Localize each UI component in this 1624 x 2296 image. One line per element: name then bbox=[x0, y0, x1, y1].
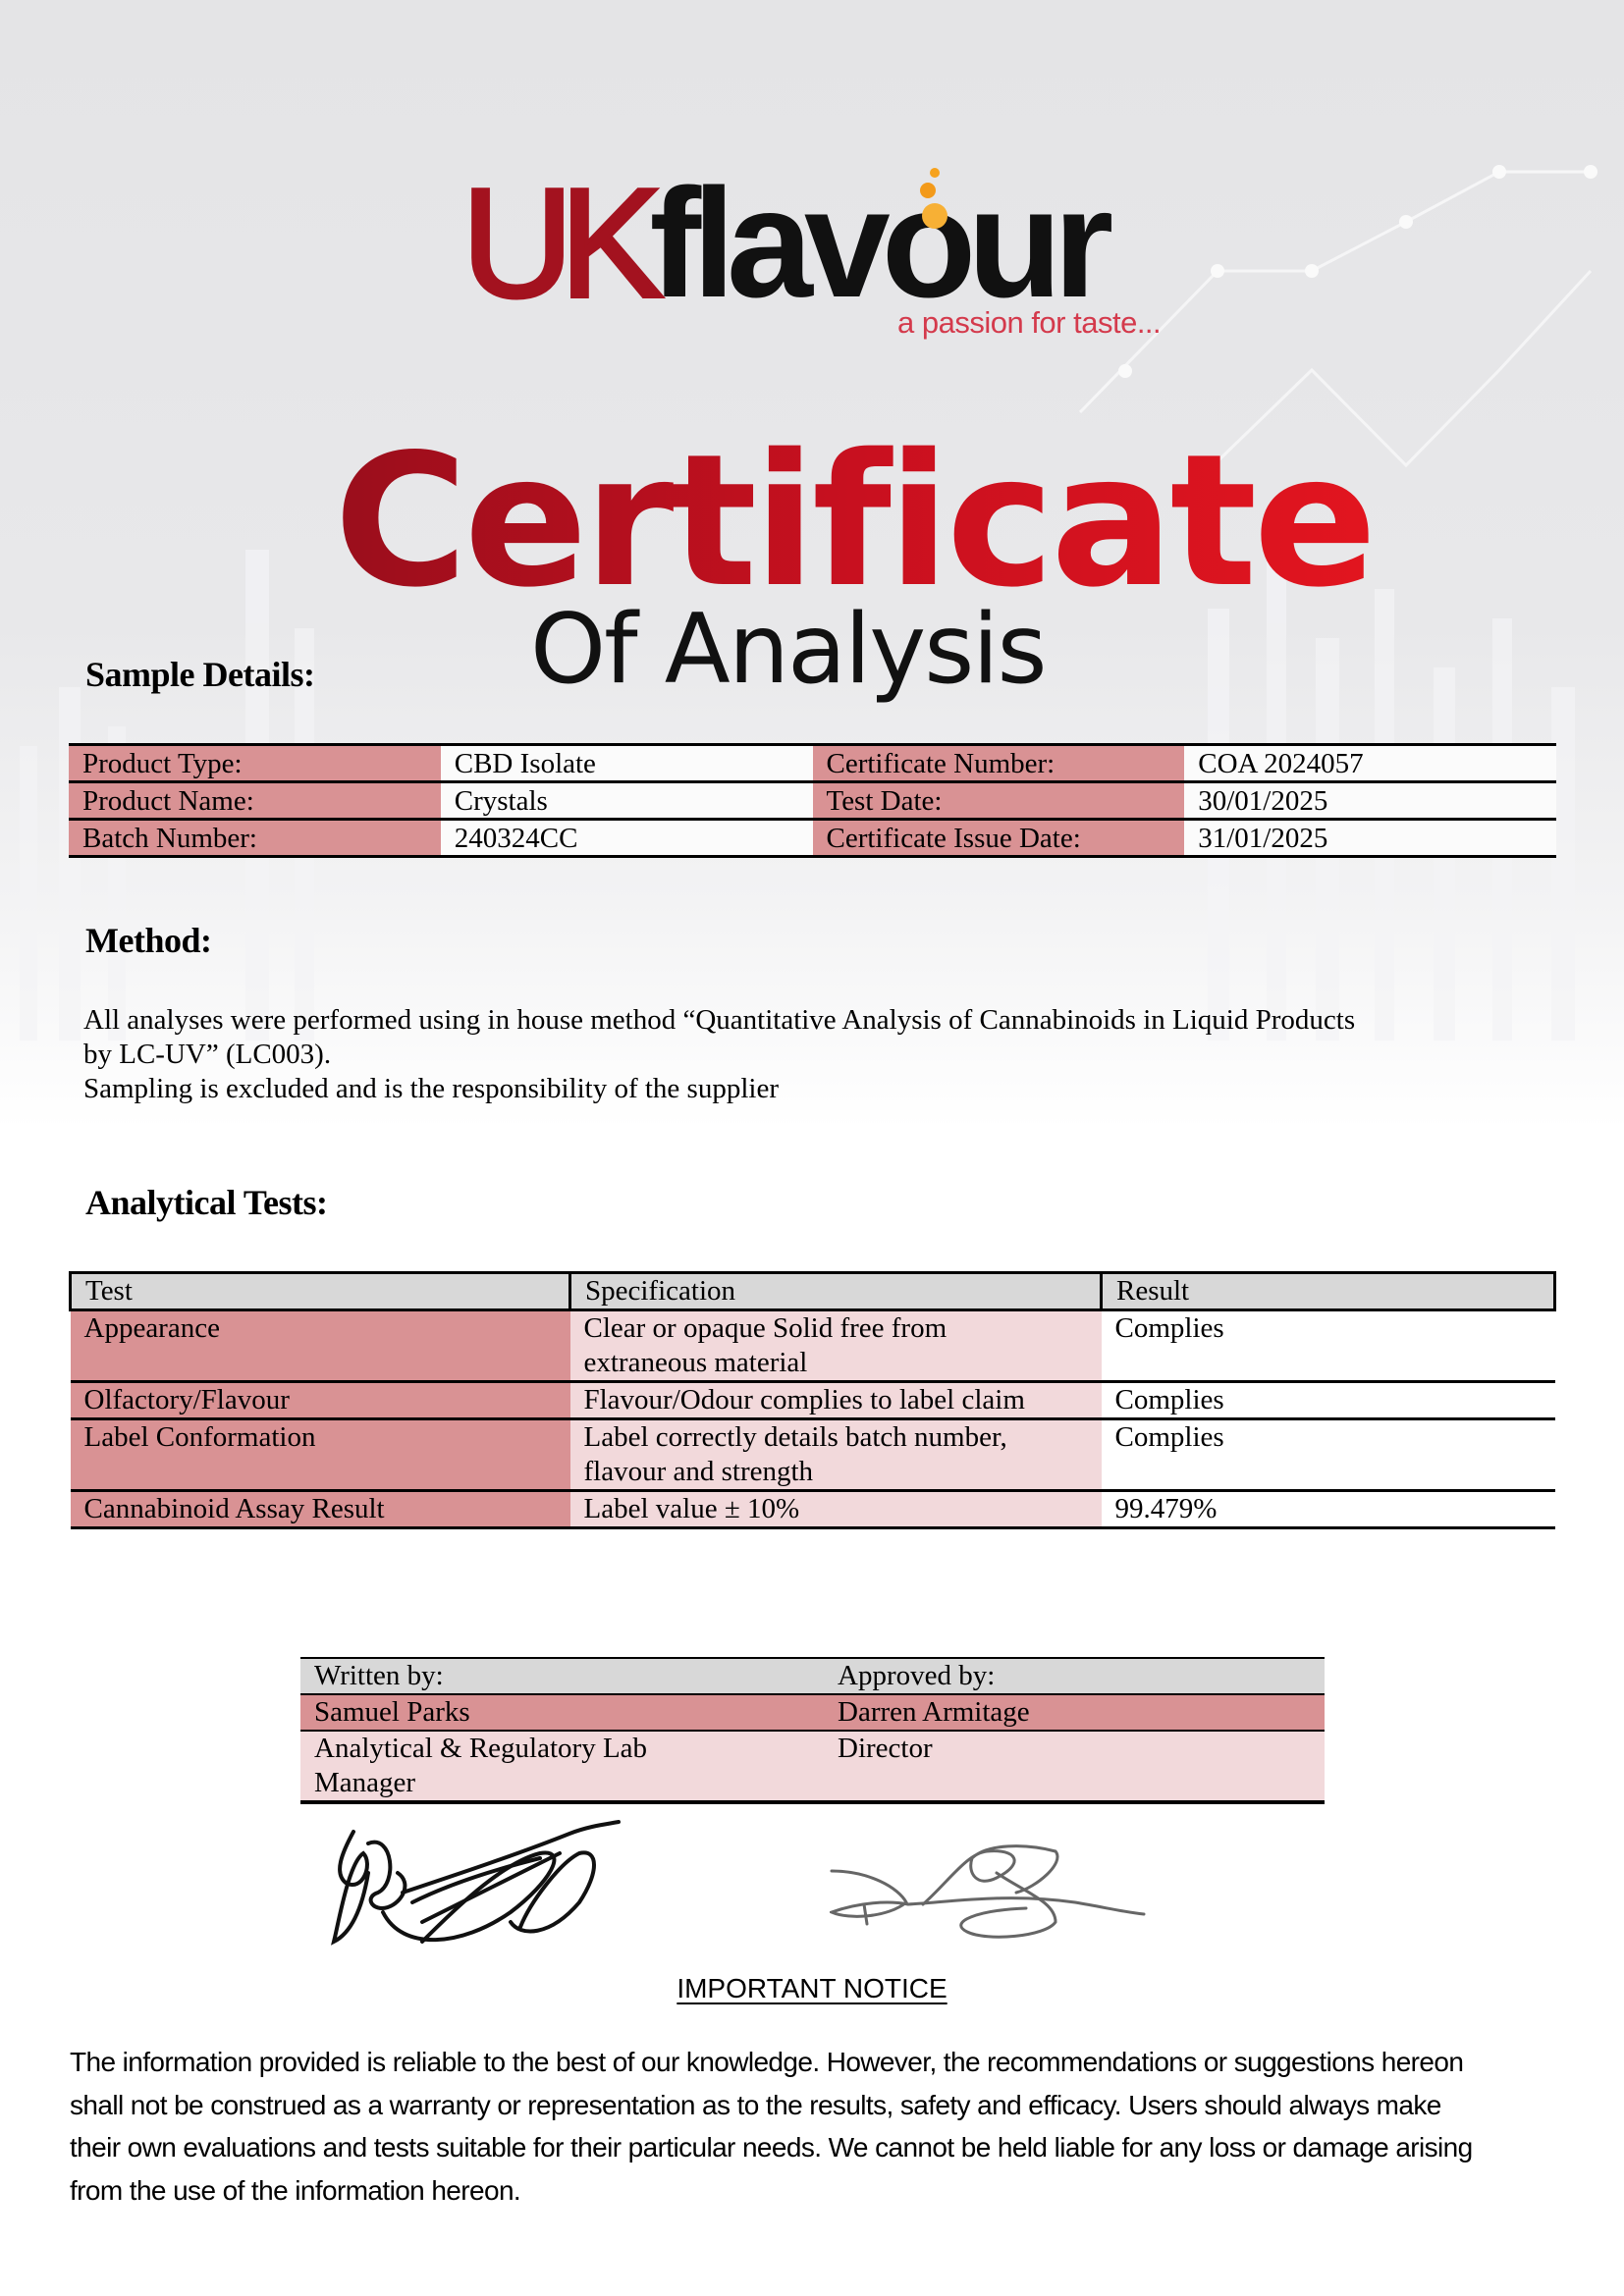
signatures-table: Written by: Approved by: Samuel Parks Da… bbox=[300, 1657, 1325, 1804]
logo-tagline: a passion for taste... bbox=[897, 305, 1161, 341]
company-logo: UKflavour a passion for taste... bbox=[461, 165, 1168, 361]
test-name: Olfactory/Flavour bbox=[71, 1382, 570, 1419]
batch-number-value: 240324CC bbox=[441, 820, 813, 857]
certificate-title: Certificate bbox=[334, 428, 1374, 614]
spec-line: Label correctly details batch number, bbox=[584, 1420, 1088, 1455]
test-name: Label Conformation bbox=[71, 1419, 570, 1491]
orange-bubbles-icon bbox=[913, 165, 952, 243]
table-row: Appearance Clear or opaque Solid free fr… bbox=[71, 1310, 1555, 1382]
role-line: Director bbox=[838, 1732, 1311, 1766]
notice-line: The information provided is reliable to … bbox=[70, 2041, 1562, 2084]
issue-date-label: Certificate Issue Date: bbox=[813, 820, 1185, 857]
written-by-role: Analytical & Regulatory Lab Manager bbox=[300, 1731, 824, 1802]
spec-line: Clear or opaque Solid free from bbox=[584, 1311, 1088, 1346]
method-line: Sampling is excluded and is the responsi… bbox=[83, 1072, 1556, 1106]
column-header-specification: Specification bbox=[570, 1273, 1102, 1310]
signature-header-row: Written by: Approved by: bbox=[300, 1658, 1325, 1694]
important-notice-title: IMPORTANT NOTICE bbox=[0, 1973, 1624, 2004]
certificate-number-value: COA 2024057 bbox=[1184, 745, 1556, 782]
certificate-subtitle: Of Analysis bbox=[530, 601, 1046, 699]
table-row: Product Type: CBD Isolate Certificate Nu… bbox=[69, 745, 1556, 782]
approved-by-role: Director bbox=[824, 1731, 1325, 1802]
notice-line: their own evaluations and tests suitable… bbox=[70, 2126, 1562, 2169]
logo-flavour-text: flavour bbox=[650, 157, 1106, 330]
signature-role-row: Analytical & Regulatory Lab Manager Dire… bbox=[300, 1731, 1325, 1802]
test-date-label: Test Date: bbox=[813, 782, 1185, 820]
product-name-value: Crystals bbox=[441, 782, 813, 820]
spec-line: flavour and strength bbox=[584, 1455, 1088, 1489]
test-specification: Label correctly details batch number, fl… bbox=[570, 1419, 1102, 1491]
product-name-label: Product Name: bbox=[69, 782, 441, 820]
test-result: Complies bbox=[1102, 1310, 1555, 1382]
sample-details-heading: Sample Details: bbox=[85, 654, 314, 695]
table-row: Label Conformation Label correctly detai… bbox=[71, 1419, 1555, 1491]
method-line: by LC-UV” (LC003). bbox=[83, 1038, 1556, 1072]
table-row: Cannabinoid Assay Result Label value ± 1… bbox=[71, 1491, 1555, 1528]
product-type-label: Product Type: bbox=[69, 745, 441, 782]
sample-details-table: Product Type: CBD Isolate Certificate Nu… bbox=[69, 743, 1556, 858]
spec-line: extraneous material bbox=[584, 1346, 1088, 1380]
test-result: 99.479% bbox=[1102, 1491, 1555, 1528]
test-specification: Flavour/Odour complies to label claim bbox=[570, 1382, 1102, 1419]
test-result: Complies bbox=[1102, 1419, 1555, 1491]
analytical-tests-table: Test Specification Result Appearance Cle… bbox=[69, 1271, 1556, 1529]
written-by-name: Samuel Parks bbox=[300, 1694, 824, 1731]
method-text: All analyses were performed using in hou… bbox=[83, 1003, 1556, 1106]
batch-number-label: Batch Number: bbox=[69, 820, 441, 857]
spec-line: Flavour/Odour complies to label claim bbox=[584, 1383, 1088, 1417]
certificate-number-label: Certificate Number: bbox=[813, 745, 1185, 782]
table-row: Olfactory/Flavour Flavour/Odour complies… bbox=[71, 1382, 1555, 1419]
signature-written-by bbox=[324, 1814, 677, 1961]
approved-by-name: Darren Armitage bbox=[824, 1694, 1325, 1731]
method-line: All analyses were performed using in hou… bbox=[83, 1003, 1556, 1038]
logo-uk-text: UK bbox=[461, 157, 650, 330]
table-row: Batch Number: 240324CC Certificate Issue… bbox=[69, 820, 1556, 857]
test-specification: Clear or opaque Solid free from extraneo… bbox=[570, 1310, 1102, 1382]
test-name: Appearance bbox=[71, 1310, 570, 1382]
test-name: Cannabinoid Assay Result bbox=[71, 1491, 570, 1528]
notice-line: from the use of the information hereon. bbox=[70, 2169, 1562, 2213]
role-line: Manager bbox=[314, 1766, 810, 1800]
product-type-value: CBD Isolate bbox=[441, 745, 813, 782]
test-date-value: 30/01/2025 bbox=[1184, 782, 1556, 820]
signature-name-row: Samuel Parks Darren Armitage bbox=[300, 1694, 1325, 1731]
issue-date-value: 31/01/2025 bbox=[1184, 820, 1556, 857]
important-notice-text: The information provided is reliable to … bbox=[70, 2041, 1562, 2212]
method-heading: Method: bbox=[85, 920, 211, 961]
column-header-test: Test bbox=[71, 1273, 570, 1310]
column-header-result: Result bbox=[1102, 1273, 1555, 1310]
approved-by-label: Approved by: bbox=[824, 1658, 1325, 1694]
signature-approved-by bbox=[830, 1834, 1164, 1951]
test-specification: Label value ± 10% bbox=[570, 1491, 1102, 1528]
table-row: Product Name: Crystals Test Date: 30/01/… bbox=[69, 782, 1556, 820]
test-result: Complies bbox=[1102, 1382, 1555, 1419]
spec-line: Label value ± 10% bbox=[584, 1492, 1088, 1526]
notice-line: shall not be construed as a warranty or … bbox=[70, 2084, 1562, 2127]
written-by-label: Written by: bbox=[300, 1658, 824, 1694]
analytical-tests-heading: Analytical Tests: bbox=[85, 1182, 328, 1223]
table-header-row: Test Specification Result bbox=[71, 1273, 1555, 1310]
role-line: Analytical & Regulatory Lab bbox=[314, 1732, 810, 1766]
